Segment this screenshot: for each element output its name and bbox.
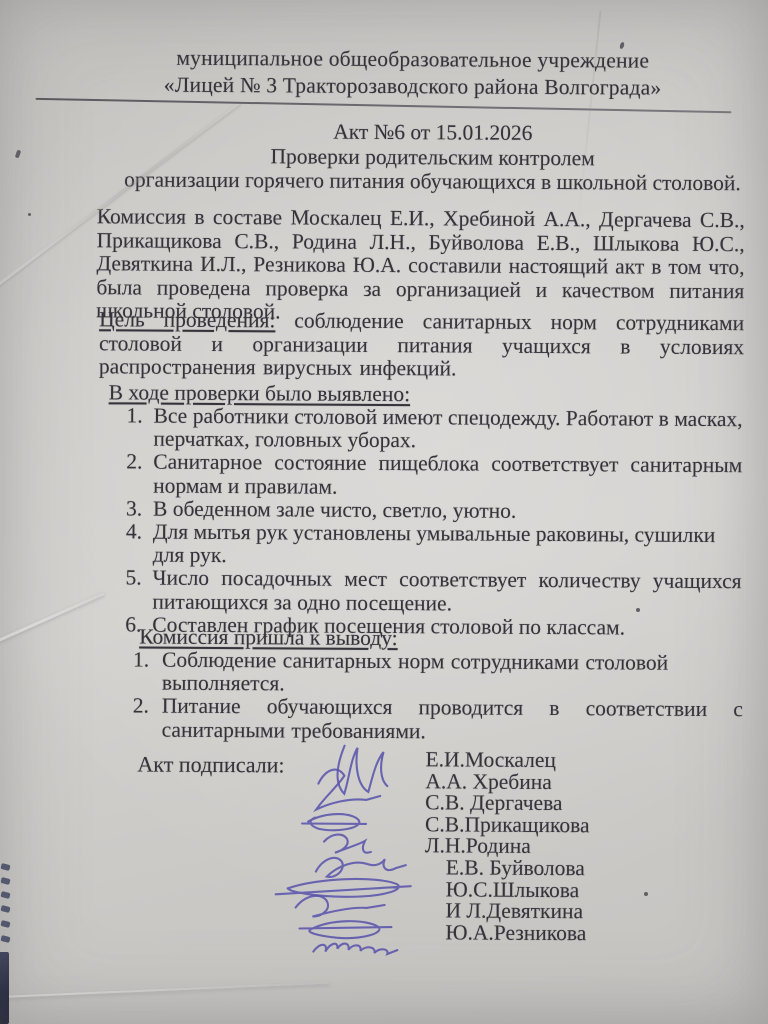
list-item-number: 1. <box>133 648 149 671</box>
ink-speck <box>28 213 31 216</box>
list-item: 4. Для мытья рук установлены умывальные … <box>126 520 742 570</box>
signature-stroke <box>302 814 366 831</box>
list-item-text: В обеденном зале чисто, светло, уютно. <box>153 496 516 522</box>
signatory-name: Е.В. Буйволова <box>446 857 590 879</box>
document-photo: муниципальное общеобразовательное учрежд… <box>0 0 768 1024</box>
list-item-number: 2. <box>133 695 149 718</box>
notebook-edge <box>0 952 9 1024</box>
signature-stroke <box>316 858 406 878</box>
list-item-number: 3. <box>126 497 142 520</box>
findings-list: 1. Все работники столовой имеют спецодеж… <box>125 404 742 640</box>
list-item: 1. Все работники столовой имеют спецодеж… <box>126 404 742 454</box>
ink-speck <box>636 608 640 612</box>
signature-stroke <box>299 921 391 939</box>
list-item: 5. Число посадочных мест соответствует к… <box>125 567 741 617</box>
list-item-number: 1. <box>127 404 143 427</box>
list-item-text: Для мытья рук установлены умывальные рак… <box>153 520 716 568</box>
list-item-number: 5. <box>126 567 142 590</box>
signature-stroke <box>313 943 397 954</box>
organization-line1: муниципальное общеобразовательное учрежд… <box>91 44 735 75</box>
signature-stroke <box>338 746 388 794</box>
purpose-paragraph: Цель проведения: соблюдение санитарных н… <box>99 308 744 382</box>
signature-stroke <box>276 878 411 897</box>
act-title-line3: организации горячего питания обучающихся… <box>107 167 758 195</box>
conclusion-list: 1. Соблюдение санитарных норм сотрудника… <box>133 648 744 745</box>
list-item-text: Санитарное состояние пищеблока соответст… <box>153 450 742 498</box>
list-item: 2. Санитарное состояние пищеблока соотве… <box>126 451 742 501</box>
signatory-names: Е.И.Москалец А.А. Хребина С.В. Дергачева… <box>424 749 590 944</box>
list-item-text: Соблюдение санитарных норм сотрудниками … <box>162 648 668 696</box>
organization-line2: «Лицей № 3 Тракторозаводского района Вол… <box>91 71 735 102</box>
list-item-text: Все работники столовой имеют спецодежду.… <box>153 404 742 453</box>
signature-stroke <box>296 896 385 917</box>
signed-by-label: Акт подписали: <box>137 751 284 778</box>
act-title: Акт №6 от 15.01.2026 Проверки родительск… <box>107 118 758 195</box>
signature-stroke <box>324 834 371 852</box>
purpose-label: Цель проведения: <box>99 307 275 332</box>
ink-speck <box>644 892 648 896</box>
list-item: 1. Соблюдение санитарных норм сотрудника… <box>133 648 743 698</box>
organization-header: муниципальное общеобразовательное учрежд… <box>91 44 735 102</box>
signatory-name: Ю.А.Резникова <box>445 922 589 944</box>
document-sheet: муниципальное общеобразовательное учрежд… <box>0 0 768 1024</box>
list-item-number: 2. <box>126 451 142 474</box>
list-item-text: Число посадочных мест соответствует коли… <box>152 566 741 615</box>
list-item-number: 4. <box>126 520 142 543</box>
